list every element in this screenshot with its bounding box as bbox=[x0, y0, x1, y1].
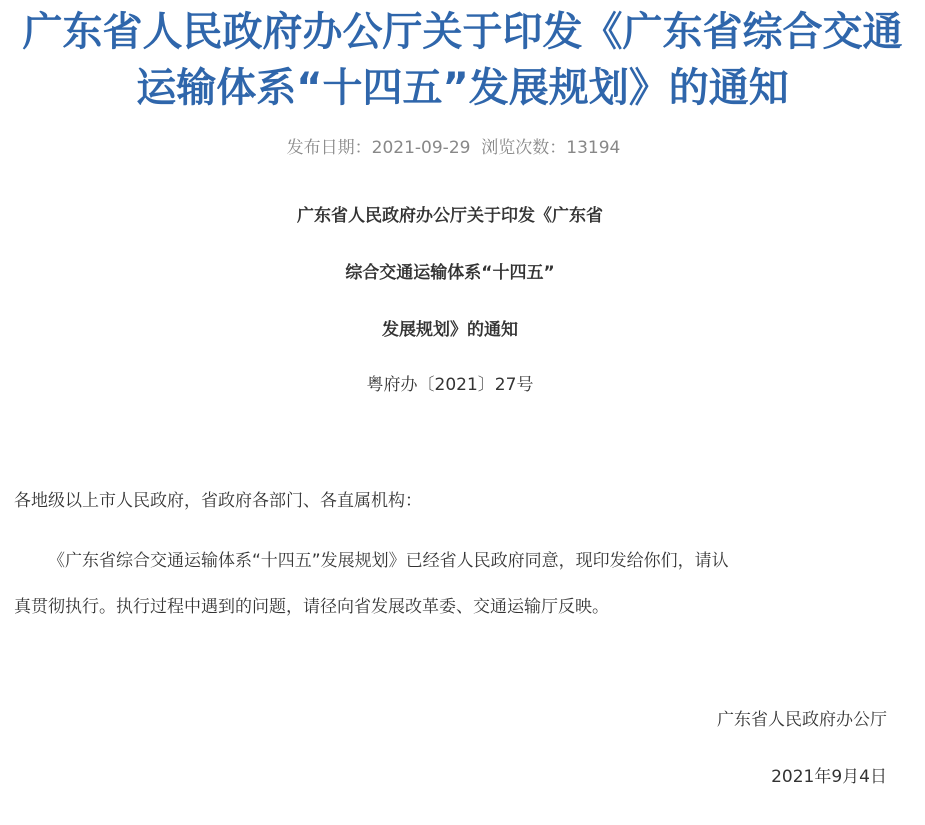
body-paragraph-line-1: 《广东省综合交通运输体系“十四五”发展规划》已经省人民政府同意，现印发给你们，请… bbox=[14, 549, 894, 573]
signature-date: 2021年9月4日 bbox=[771, 765, 887, 789]
signature-organization: 广东省人民政府办公厅 bbox=[717, 708, 887, 732]
page-title: 广东省人民政府办公厅关于印发《广东省综合交通 运输体系“十四五”发展规划》的通知 bbox=[0, 4, 925, 116]
body-paragraph-line-2: 真贯彻执行。执行过程中遇到的问题，请径向省发展改革委、交通运输厅反映。 bbox=[14, 595, 894, 619]
document-number: 粤府办〔2021〕27号 bbox=[0, 373, 900, 397]
document-heading-line-1: 广东省人民政府办公厅关于印发《广东省 bbox=[0, 204, 900, 228]
publish-meta: 发布日期：2021-09-29 浏览次数：13194 bbox=[0, 136, 907, 160]
document-heading-line-2: 综合交通运输体系“十四五” bbox=[0, 261, 900, 285]
document-heading-line-3: 发展规划》的通知 bbox=[0, 318, 900, 342]
page-title-line-2: 运输体系“十四五”发展规划》的通知 bbox=[0, 60, 925, 116]
salutation: 各地级以上市人民政府，省政府各部门、各直属机构： bbox=[14, 489, 894, 513]
page-title-line-1: 广东省人民政府办公厅关于印发《广东省综合交通 bbox=[0, 4, 925, 60]
